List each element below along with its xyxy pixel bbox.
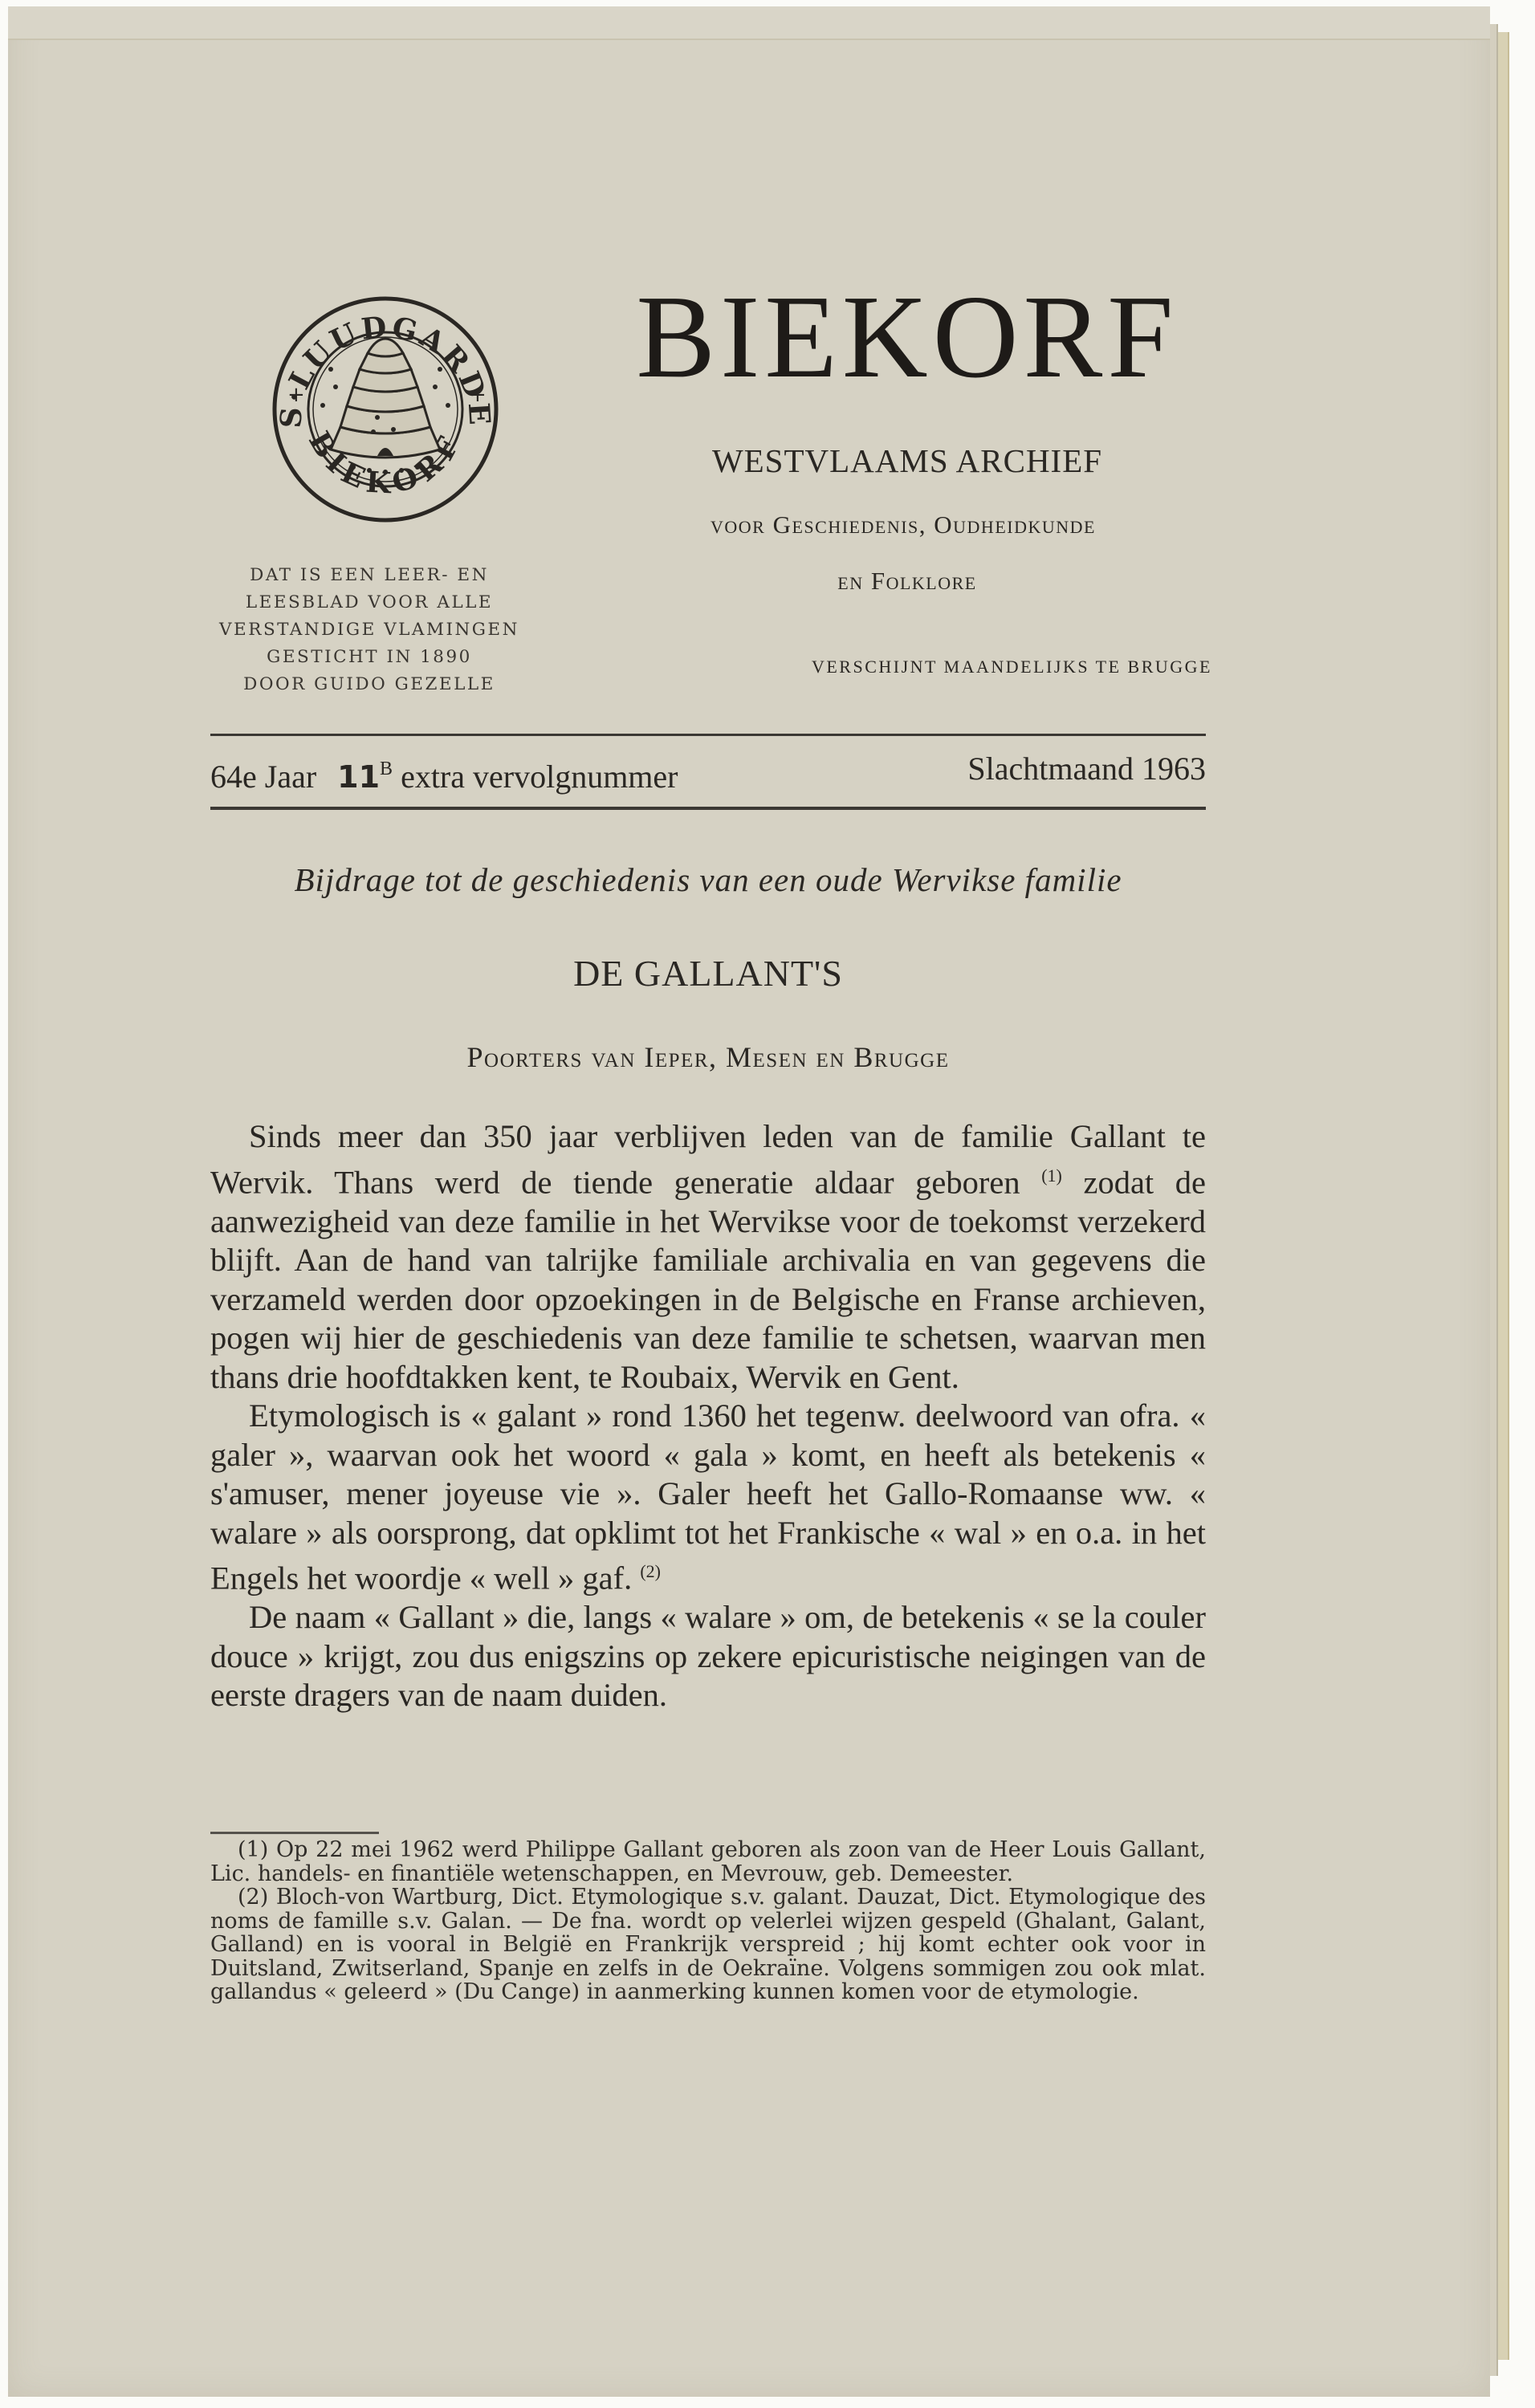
page-top-fold: [8, 6, 1490, 40]
article-subtitle: Poorters van Ieper, Mesen en Brugge: [210, 1040, 1206, 1074]
publication-subtitle-line-3: en Folklore: [594, 567, 1220, 596]
issue-date: Slachtmaand 1963: [967, 745, 1206, 793]
divider-rule: [210, 734, 1206, 736]
article-body: Sinds meer dan 350 jaar verblijven leden…: [210, 1117, 1206, 1715]
motto-line: LEESBLAD VOOR ALLE: [185, 589, 554, 616]
footnote: (2) Bloch-von Wartburg, Dict. Etymologiq…: [210, 1885, 1206, 2004]
footnote-ref[interactable]: (1): [1041, 1165, 1062, 1186]
footnotes: (1) Op 22 mei 1962 werd Philippe Gallant…: [210, 1838, 1206, 2004]
issue-left: 64e Jaar11B extra vervolgnummer: [210, 745, 678, 801]
paragraph: Sinds meer dan 350 jaar verblijven leden…: [210, 1117, 1206, 1397]
footnote-ref[interactable]: (2): [640, 1561, 661, 1581]
masthead-motto: DAT IS EEN LEER- EN LEESBLAD VOOR ALLE V…: [185, 562, 554, 698]
svg-text:+: +: [469, 383, 487, 407]
motto-line: DOOR GUIDO GEZELLE: [185, 671, 554, 698]
paragraph: Etymologisch is « galant » rond 1360 het…: [210, 1397, 1206, 1598]
publication-subtitle: WESTVLAAMS ARCHIEF: [594, 441, 1220, 480]
paragraph: De naam « Gallant » die, langs « walare …: [210, 1598, 1206, 1715]
divider-rule: [210, 807, 1206, 810]
beehive-seal-icon: S·LUUDGARDE BIEKORF + +: [265, 289, 506, 530]
article-title: DE GALLANT'S: [210, 952, 1206, 995]
publication-subtitle-line-2: voor Geschiedenis, Oudheidkunde: [578, 510, 1228, 539]
motto-line: VERSTANDIGE VLAMINGEN: [185, 616, 554, 644]
footnote: (1) Op 22 mei 1962 werd Philippe Gallant…: [210, 1838, 1206, 1885]
issue-number-label: extra vervolgnummer: [401, 759, 678, 795]
motto-line: GESTICHT IN 1890: [185, 644, 554, 671]
motto-line: DAT IS EEN LEER- EN: [185, 562, 554, 589]
article-kicker: Bijdrage tot de geschiedenis van een oud…: [210, 860, 1206, 899]
issue-number-suffix: B: [380, 759, 393, 779]
issue-number: 11: [337, 759, 380, 795]
publication-title: BIEKORF: [594, 277, 1220, 397]
svg-text:+: +: [287, 383, 305, 407]
issue-info-line: 64e Jaar11B extra vervolgnummer Slachtma…: [210, 745, 1206, 793]
publication-frequency-note: VERSCHIJNT MAANDELIJKS TE BRUGGE: [650, 657, 1212, 677]
footnote-divider: [210, 1832, 379, 1834]
issue-year: 64e Jaar: [210, 759, 316, 795]
